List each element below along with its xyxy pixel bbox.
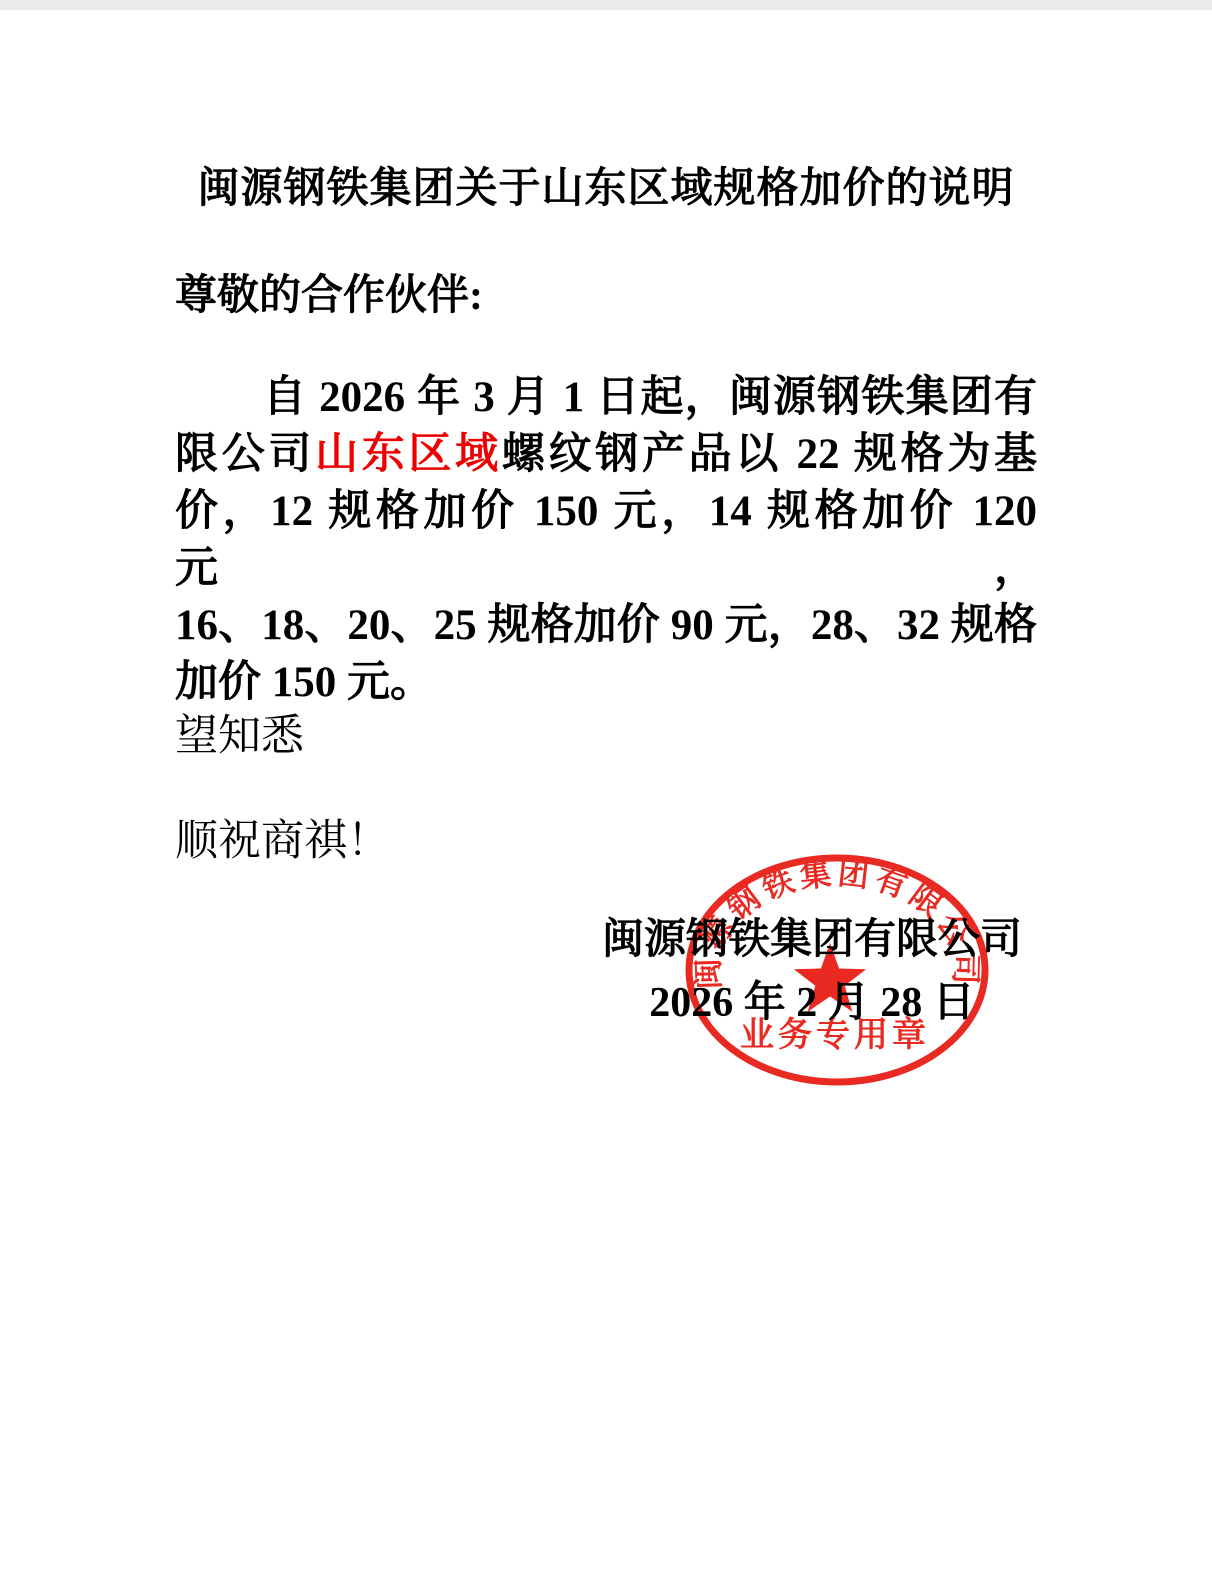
document-title: 闽源钢铁集团关于山东区域规格加价的说明	[90, 155, 1122, 215]
body-line-1: 自 2026 年 3 月 1 日起，闽源钢铁集团有	[175, 369, 1037, 426]
region-highlight: 山东区域	[315, 431, 502, 478]
page: { "document": { "title": "闽源钢铁集团关于山东区域规格…	[0, 0, 1212, 1579]
body-paragraph: 自 2026 年 3 月 1 日起，闽源钢铁集团有 限公司山东区域螺纹钢产品以 …	[175, 369, 1037, 711]
body-line-5: 加价 150 元。	[175, 654, 1037, 711]
signature-block: 闽源钢铁集团有限公司 2026 年 2 月 28 日	[587, 909, 1037, 1035]
body-line-3-text: 价，12 规格加价 150 元，14 规格加价 120 元，	[175, 488, 1037, 592]
closing-note: 望知悉	[175, 702, 304, 763]
body-line-5-text: 加价 150 元。	[175, 659, 433, 706]
body-line-2-pre: 限公司	[175, 431, 315, 478]
signature-company: 闽源钢铁集团有限公司	[587, 909, 1037, 972]
closing-wish: 顺祝商祺！	[175, 807, 390, 868]
greeting-line: 尊敬的合作伙伴:	[175, 262, 483, 322]
body-line-4-text: 16、18、20、25 规格加价 90 元，28、32 规格	[175, 602, 1037, 649]
top-strip	[0, 0, 1212, 10]
body-line-3: 价，12 规格加价 150 元，14 规格加价 120 元，	[175, 483, 1037, 597]
body-line-2: 限公司山东区域螺纹钢产品以 22 规格为基	[175, 426, 1037, 483]
signature-date: 2026 年 2 月 28 日	[587, 972, 1037, 1035]
body-line-4: 16、18、20、25 规格加价 90 元，28、32 规格	[175, 597, 1037, 654]
body-line-2-post: 螺纹钢产品以 22 规格为基	[502, 431, 1037, 478]
body-line-1-text: 自 2026 年 3 月 1 日起，闽源钢铁集团有	[263, 374, 1037, 421]
